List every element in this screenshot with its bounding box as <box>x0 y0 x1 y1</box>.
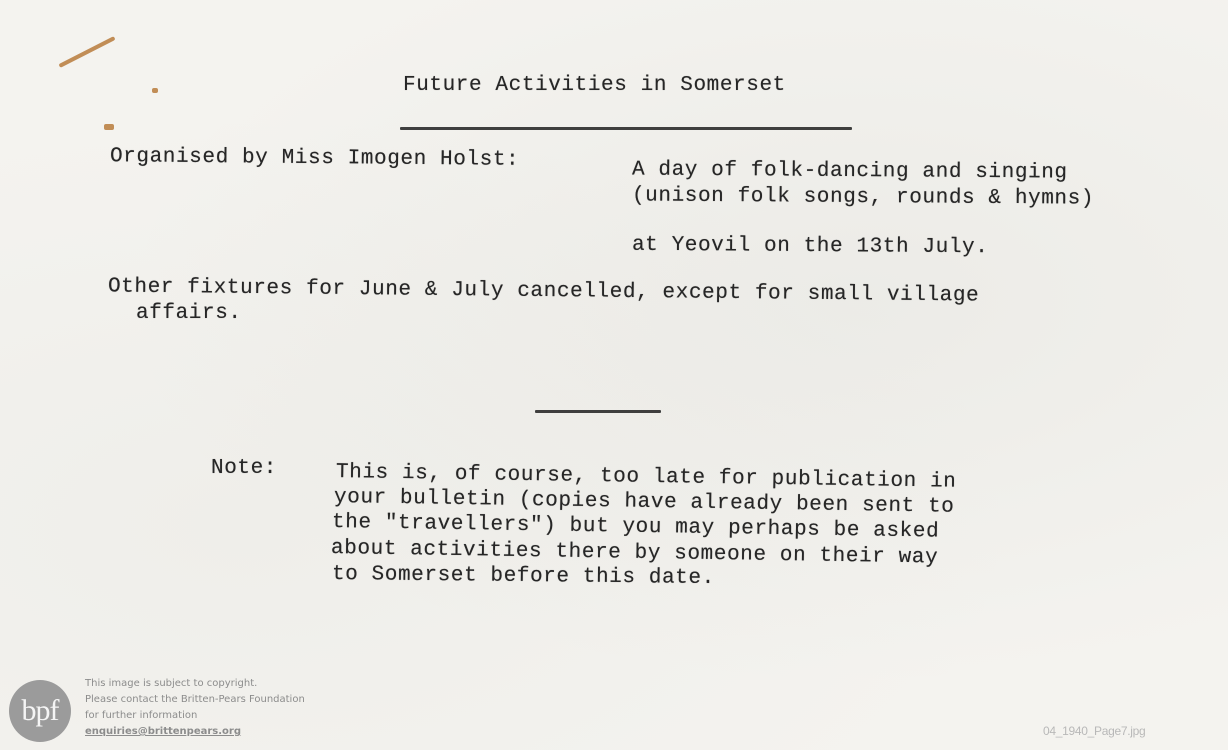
section-divider <box>535 410 661 413</box>
note-label: Note: <box>211 457 277 480</box>
rust-stain <box>152 88 158 93</box>
note-line-5: to Somerset before this date. <box>332 563 715 590</box>
contact-notice: Please contact the Britten-Pears Foundat… <box>85 694 305 705</box>
event-location: at Yeovil on the 13th July. <box>632 234 989 259</box>
event-line-1: A day of folk-dancing and singing <box>632 158 1068 184</box>
title-underline <box>400 127 852 130</box>
other-fixtures-line-2: affairs. <box>136 302 242 325</box>
bpf-logo: bpf <box>9 680 71 742</box>
info-notice: for further information <box>85 710 197 721</box>
document-title: Future Activities in Somerset <box>403 74 786 97</box>
document-page: Future Activities in Somerset Organised … <box>0 0 1228 750</box>
image-filename: 04_1940_Page7.jpg <box>1043 724 1145 738</box>
email-link[interactable]: enquiries@brittenpears.org <box>85 726 241 737</box>
copyright-notice: This image is subject to copyright. <box>85 678 257 689</box>
organiser-label: Organised by Miss Imogen Holst: <box>110 145 519 172</box>
rust-stain <box>58 36 115 68</box>
rust-stain <box>104 124 114 130</box>
event-line-2: (unison folk songs, rounds & hymns) <box>632 184 1094 210</box>
